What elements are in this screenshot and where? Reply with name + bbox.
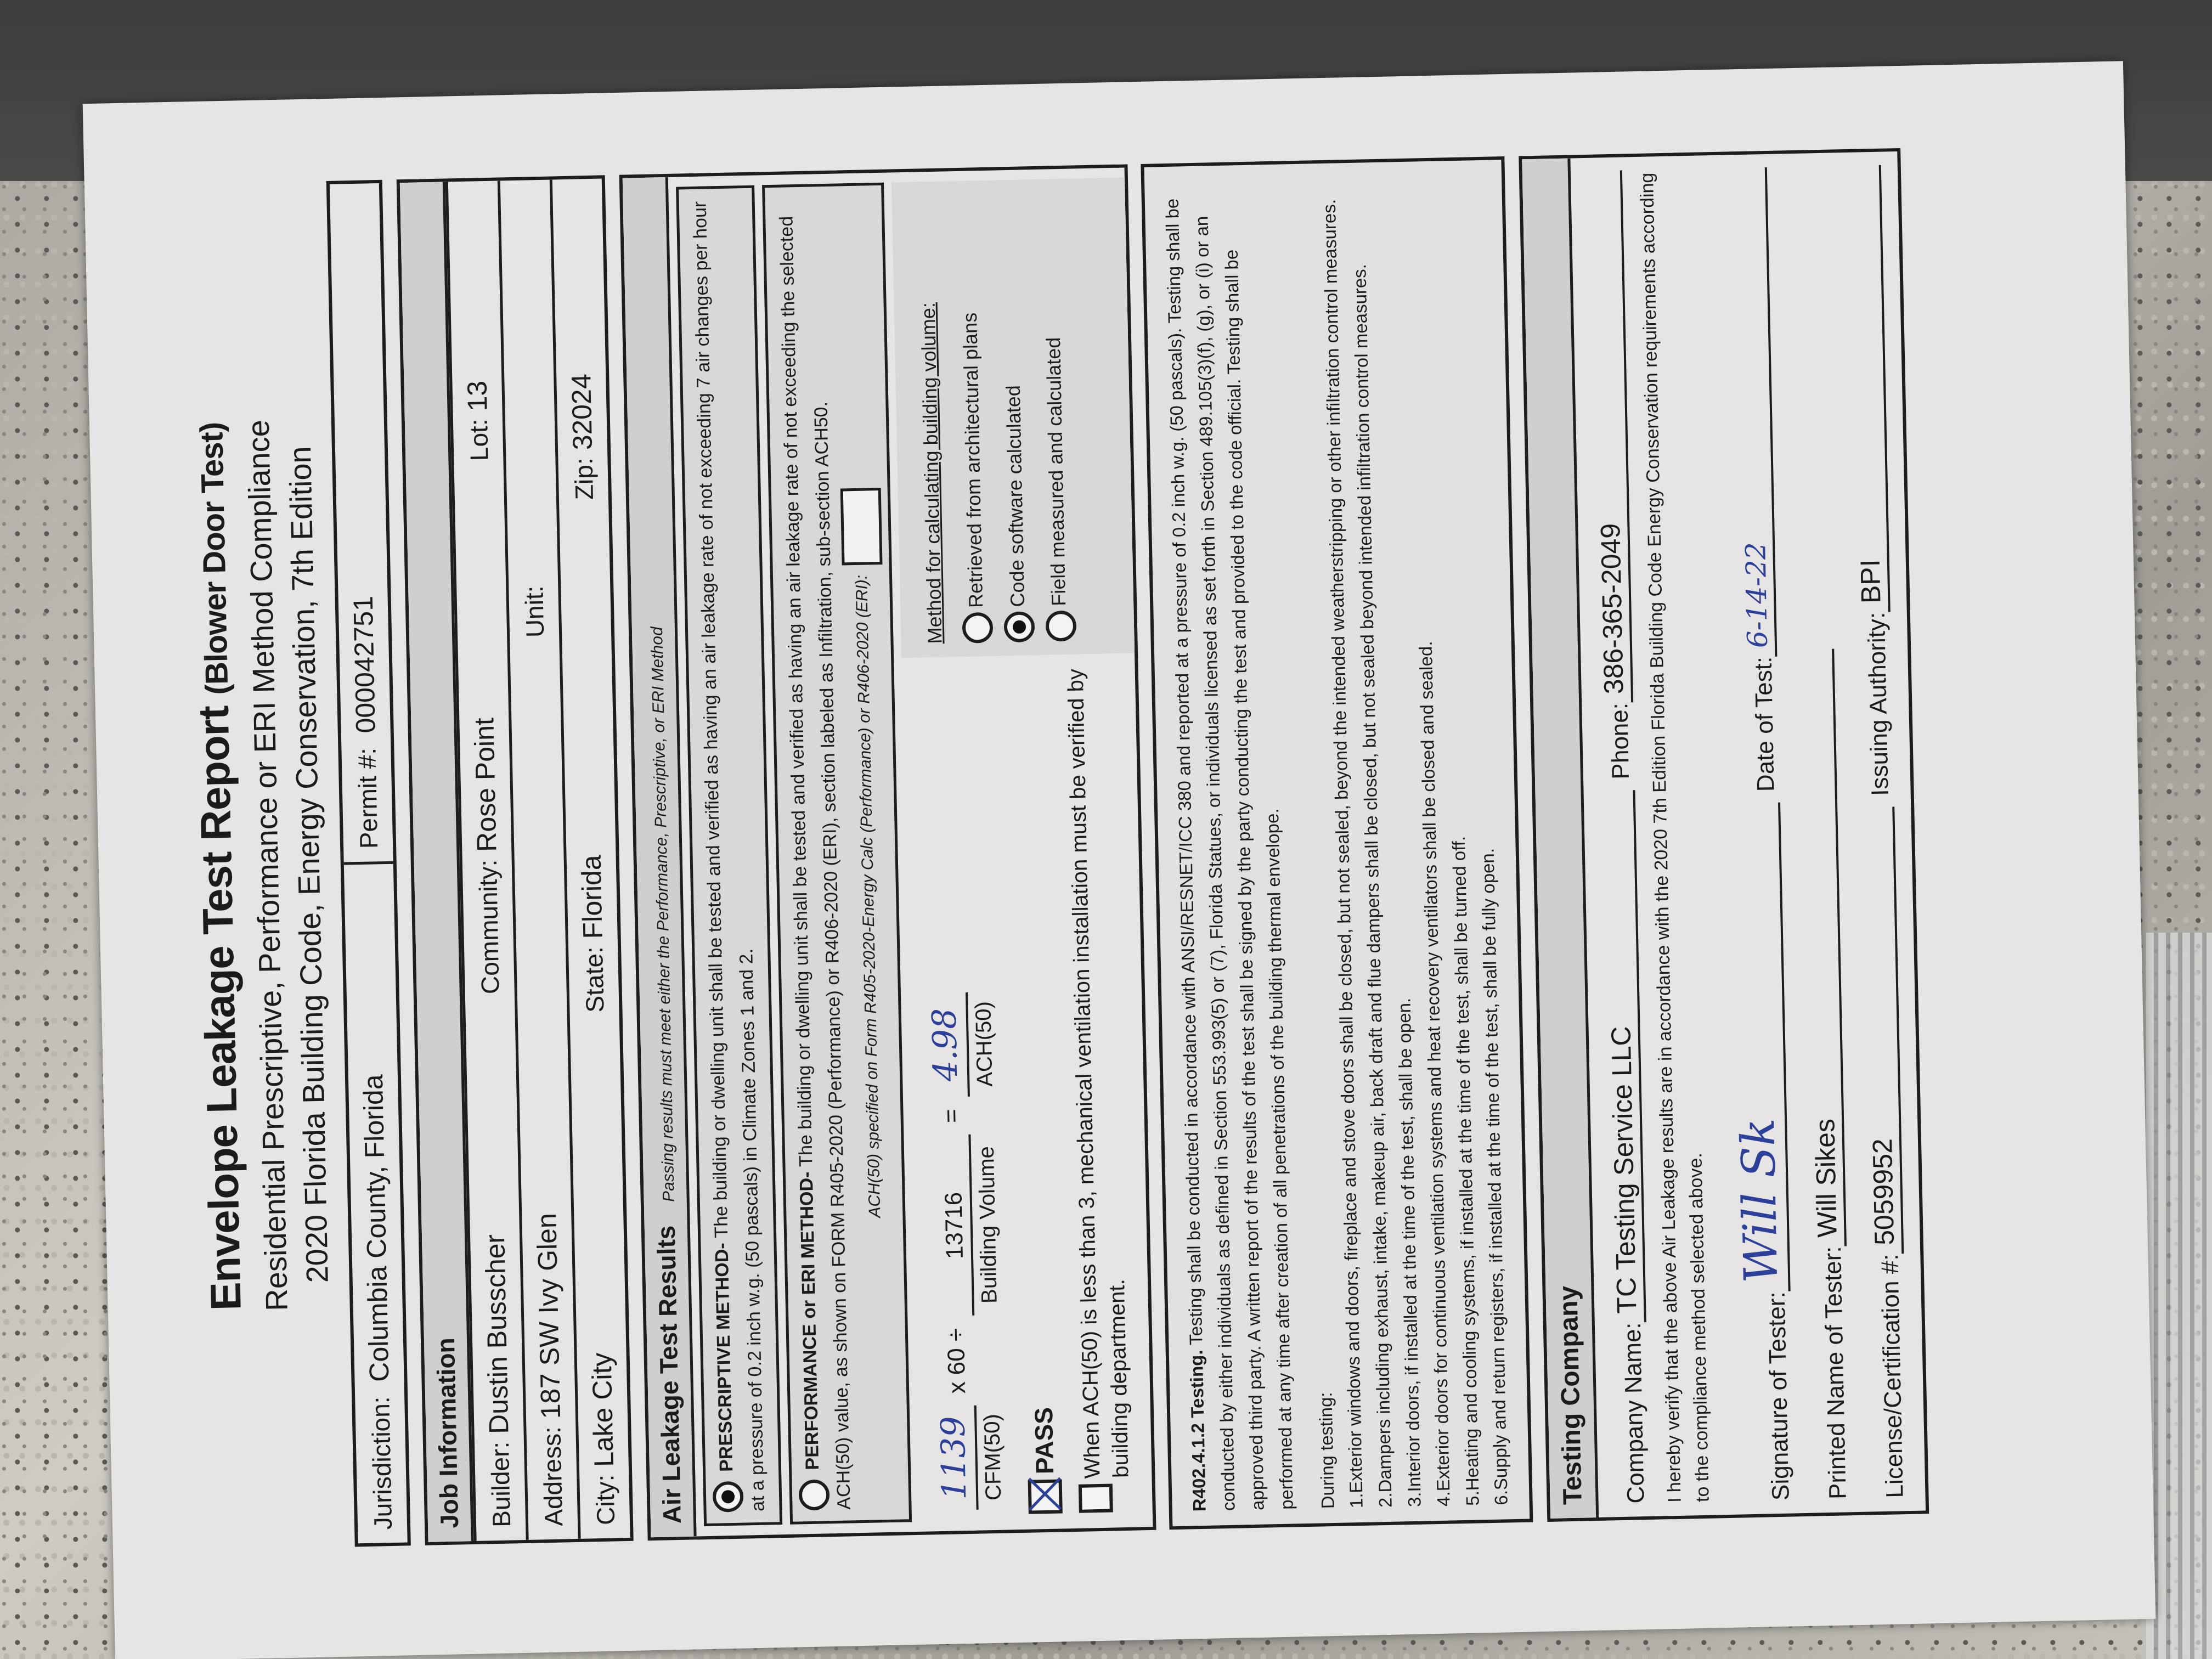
volume-option-label: Field measured and calculated	[1042, 337, 1070, 606]
printed-name-label: Printed Name of Tester:	[1819, 1246, 1852, 1499]
issuing-authority-label: Issuing Authority:	[1863, 612, 1894, 796]
testing-heading: Testing.	[1186, 1350, 1208, 1418]
date-label: Date of Test:	[1750, 656, 1780, 792]
unit-field[interactable]: Unit:	[509, 193, 550, 638]
building-volume-value: 13716	[939, 1135, 975, 1316]
air-leakage-section: Air Leakage Test Results Passing results…	[619, 164, 1156, 1541]
building-volume-field[interactable]: 13716 Building Volume	[939, 1134, 1003, 1316]
performance-method-option[interactable]: PERFORMANCE or ERI METHOD- The building …	[762, 183, 912, 1525]
license-label: License/Certification #:	[1876, 1254, 1909, 1498]
ach50-label: ACH(50)	[968, 1001, 998, 1087]
zip-label: Zip:	[569, 458, 599, 500]
phone-field[interactable]: 386-365-2049	[1587, 171, 1633, 703]
community-value: Rose Point	[469, 718, 502, 853]
volume-option-field[interactable]: Field measured and calculated	[1030, 192, 1081, 642]
testing-text: Testing shall be conducted in accordance…	[1162, 198, 1296, 1511]
calculation-area: 1139 CFM(50) x 60 ÷ 13716 Building Volum…	[891, 178, 1153, 1522]
address-label: Address:	[537, 1426, 568, 1527]
prescriptive-radio[interactable]	[713, 1481, 744, 1513]
unit-value	[518, 578, 549, 578]
company-name-label: Company Name:	[1619, 1322, 1650, 1504]
zip-value: 32024	[566, 374, 598, 450]
title-suffix: (Blower Door Test)	[194, 422, 235, 695]
volume-radio-software[interactable]	[1004, 611, 1035, 642]
permit-label: Permit #:	[352, 748, 383, 849]
builder-field[interactable]: Builder:Dustin Busscher	[474, 994, 517, 1527]
cfm50-value: 1139	[934, 1406, 979, 1511]
pass-checkbox-row[interactable]: PASS	[1011, 660, 1063, 1514]
cfm50-field[interactable]: 1139 CFM(50)	[934, 1405, 1007, 1511]
equals-operator: =	[938, 1109, 966, 1124]
community-field[interactable]: Community:Rose Point	[462, 461, 505, 995]
prescriptive-label: PRESCRIPTIVE METHOD-	[711, 1243, 737, 1472]
pass-label: PASS	[1029, 1407, 1060, 1475]
testing-company-section: Testing Company Company Name: TC Testing…	[1519, 148, 1929, 1522]
volume-option-label: Retrieved from architectural plans	[958, 312, 987, 608]
title-text: Envelope Leakage Test Report	[189, 706, 250, 1311]
volume-option-label: Code software calculated	[1001, 385, 1028, 607]
performance-label: PERFORMANCE or ERI METHOD-	[795, 1171, 822, 1470]
testing-requirements: R402.4.1.2 Testing. Testing shall be con…	[1141, 156, 1533, 1530]
photo-frame: Envelope Leakage Test Report (Blower Doo…	[44, 66, 2194, 1657]
city-value: Lake City	[586, 1352, 619, 1468]
lot-value: 13	[461, 380, 493, 411]
mech-vent-row[interactable]: When ACH(50) is less than 3, mechanical …	[1062, 659, 1137, 1513]
permit-field[interactable]: Permit #: 000042751	[338, 196, 384, 849]
company-name-field[interactable]: TC Testing Service LLC	[1600, 790, 1646, 1323]
printed-name-field[interactable]: Will Sikes	[1799, 649, 1847, 1246]
builder-label: Builder:	[486, 1441, 516, 1527]
jurisdiction-field[interactable]: Jurisdiction: Columbia County, Florida	[353, 878, 398, 1530]
address-value: 187 SW Ivy Glen	[531, 1213, 566, 1419]
community-label: Community:	[473, 859, 505, 994]
volume-method-panel: Method for calculating building volume: …	[891, 178, 1135, 658]
testing-paragraph: R402.4.1.2 Testing. Testing shall be con…	[1158, 179, 1301, 1512]
signature-field[interactable]: Will Sk	[1724, 802, 1791, 1292]
ach50-value: 4.98	[925, 992, 970, 1098]
report-paper: Envelope Leakage Test Report (Blower Doo…	[83, 61, 2156, 1659]
issuing-authority-field[interactable]: BPI	[1846, 165, 1891, 613]
testing-code: R402.4.1.2	[1188, 1423, 1210, 1511]
zip-field[interactable]: Zip:32024	[561, 192, 600, 500]
ach-equation: 1139 CFM(50) x 60 ÷ 13716 Building Volum…	[918, 662, 1007, 1516]
jurisdiction-box: Jurisdiction: Columbia County, Florida P…	[326, 180, 411, 1547]
phone-label: Phone:	[1606, 702, 1635, 779]
cfm50-label: CFM(50)	[977, 1414, 1006, 1501]
multiplier-operator: x 60 ÷	[943, 1328, 971, 1394]
signature-label: Signature of Tester:	[1763, 1291, 1795, 1501]
city-field[interactable]: City:Lake City	[579, 1012, 622, 1526]
state-value: Florida	[576, 855, 608, 939]
mech-vent-text: When ACH(50) is less than 3, mechanical …	[1062, 659, 1136, 1479]
lot-label: Lot:	[464, 419, 494, 461]
date-field[interactable]: 6-14-22	[1732, 167, 1778, 657]
volume-radio-architectural[interactable]	[962, 612, 994, 643]
builder-value: Dustin Busscher	[479, 1234, 515, 1434]
pass-checkbox[interactable]	[1028, 1479, 1063, 1514]
volume-radio-field[interactable]	[1045, 610, 1076, 641]
performance-radio[interactable]	[798, 1479, 830, 1510]
ach-specified-input[interactable]	[840, 488, 883, 566]
report-header: Envelope Leakage Test Report (Blower Doo…	[178, 182, 341, 1550]
air-leakage-note: Passing results must meet either the Per…	[648, 627, 678, 1202]
air-leakage-title: Air Leakage Test Results	[652, 1225, 686, 1524]
job-information-section: Job Information Builder:Dustin Busscher …	[397, 175, 634, 1545]
divider	[344, 861, 393, 865]
permit-value: 000042751	[348, 596, 381, 733]
building-volume-label: Building Volume	[971, 1146, 1002, 1304]
jurisdiction-label: Jurisdiction:	[366, 1396, 397, 1530]
license-field[interactable]: 5059952	[1859, 806, 1904, 1254]
jurisdiction-value: Columbia County, Florida	[358, 1074, 395, 1382]
state-field[interactable]: State:Florida	[568, 499, 611, 1013]
mech-vent-checkbox[interactable]	[1079, 1483, 1113, 1513]
unit-label: Unit:	[520, 585, 549, 638]
ach50-field[interactable]: 4.98 ACH(50)	[925, 992, 998, 1098]
city-label: City:	[590, 1474, 620, 1525]
state-label: State:	[579, 946, 610, 1013]
ach-note-text: ACH(50) specified on Form R405-2020-Ener…	[853, 574, 884, 1218]
lot-field[interactable]: Lot:13	[457, 194, 494, 461]
